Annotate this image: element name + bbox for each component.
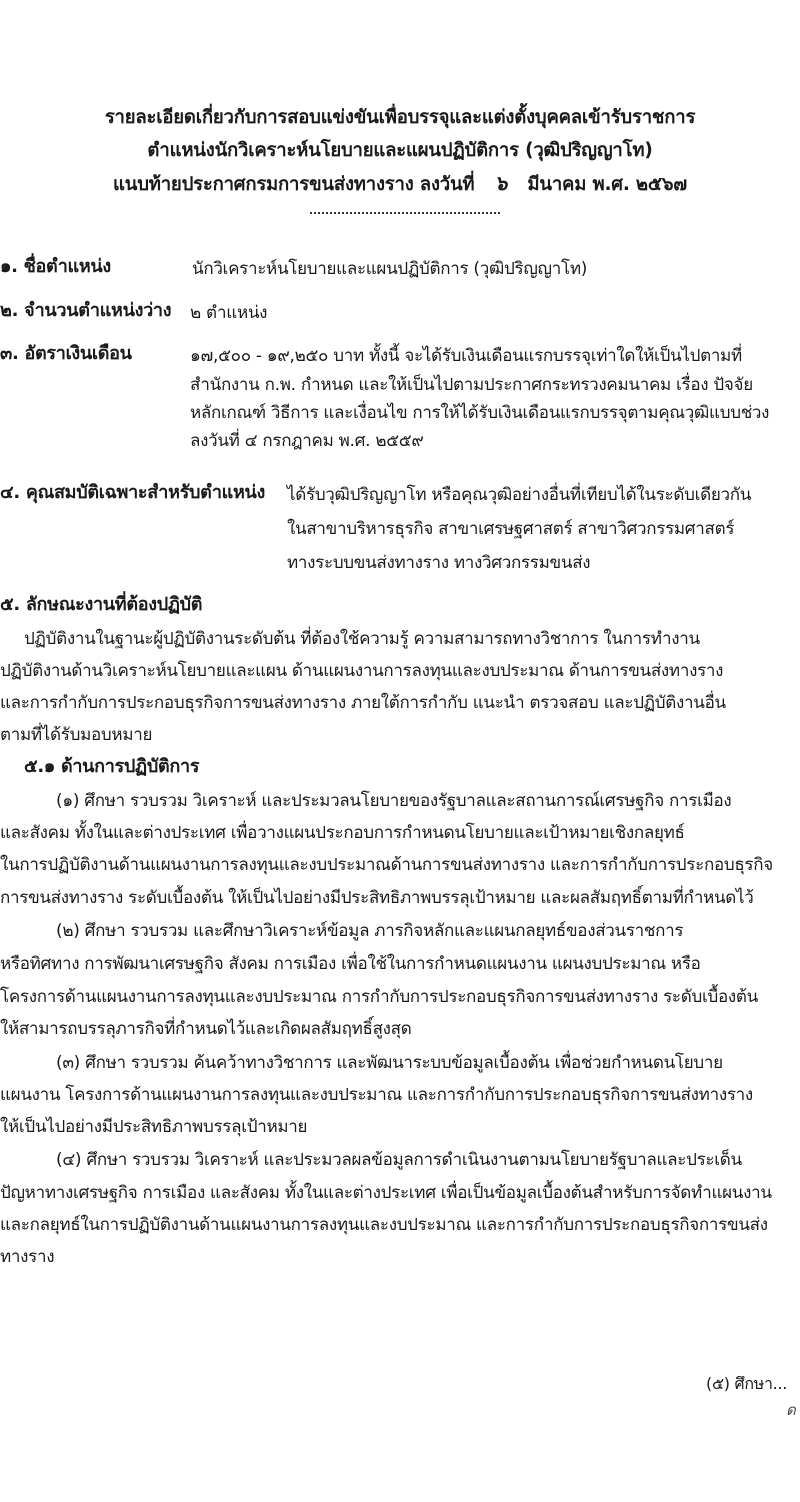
continuation-marker: (๕) ศึกษา... (706, 1372, 787, 1396)
document-title-line-3: แนบท้ายประกาศกรมการขนส่งทางราง ลงวันที่ … (0, 171, 800, 197)
point-4-line-4: ทางราง (0, 1245, 54, 1269)
item-4-label: ๔. คุณสมบัติเฉพาะสำหรับตำแหน่ง (0, 481, 265, 505)
point-2-line-4: ให้สามารถบรรลุภารกิจที่กำหนดไว้และเกิดผล… (0, 1017, 412, 1041)
item-3-line-2: สำนักงาน ก.พ. กำหนด และให้เป็นไปตามประกา… (190, 373, 753, 397)
point-1-line-3: ในการปฏิบัติงานด้านแผนงานการลงทุนและงบปร… (0, 853, 773, 877)
item-3-line-3: หลักเกณฑ์ วิธีการ และเงื่อนไข การให้ได้ร… (190, 401, 769, 425)
point-4-line-1: (๔) ศึกษา รวบรวม วิเคราะห์ และประมวลผลข้… (56, 1148, 742, 1172)
section-5-heading: ๕. ลักษณะงานที่ต้องปฏิบัติ (0, 593, 202, 617)
point-3-line-1: (๓) ศึกษา รวบรวม ค้นคว้าทางวิชาการ และพั… (56, 1051, 723, 1075)
point-3-line-2: แผนงาน โครงการด้านแผนงานการลงทุนและงบประ… (0, 1083, 753, 1107)
document-title-line-2: ตำแหน่งนักวิเคราะห์นโยบายและแผนปฏิบัติกา… (0, 139, 800, 163)
announcement-day-handwritten: ๖ (495, 171, 508, 195)
item-4-line-1: ได้รับวุฒิปริญญาโท หรือคุณวุฒิอย่างอื่นท… (287, 483, 751, 507)
section-5-intro-line-4: ตามที่ได้รับมอบหมาย (0, 723, 152, 747)
item-4-line-2: ในสาขาบริหารธุรกิจ สาขาเศรษฐศาสตร์ สาขาว… (287, 517, 734, 541)
section-5-1-heading: ๕.๑ ด้านการปฏิบัติการ (24, 755, 199, 779)
point-4-line-2: ปัญหาทางเศรษฐกิจ การเมือง และสังคม ทั้งใ… (0, 1181, 772, 1205)
item-1-value: นักวิเคราะห์นโยบายและแผนปฏิบัติการ (วุฒิ… (192, 257, 587, 281)
section-5-intro-line-2: ปฏิบัติงานด้านวิเคราะห์นโยบายและแผน ด้าน… (0, 659, 723, 683)
item-3-label: ๓. อัตราเงินเดือน (0, 342, 132, 366)
dotted-separator (310, 206, 500, 214)
item-3-line-4: ลงวันที่ ๔ กรกฎาคม พ.ศ. ๒๕๕๙ (190, 429, 424, 453)
announcement-month-year: มีนาคม พ.ศ. ๒๕๖๗ (527, 174, 687, 195)
point-4-line-3: และกลยุทธ์ในการปฏิบัติงานด้านแผนงานการลง… (0, 1213, 768, 1237)
item-4-line-3: ทางระบบขนส่งทางราง ทางวิศวกรรมขนส่ง (287, 551, 590, 575)
point-1-line-4: การขนส่งทางราง ระดับเบื้องต้น ให้เป็นไปอ… (0, 886, 754, 910)
point-1-line-2: และสังคม ทั้งในและต่างประเทศ เพื่อวางแผน… (0, 821, 685, 845)
section-5-intro-line-1: ปฏิบัติงานในฐานะผู้ปฏิบัติงานระดับต้น ที… (24, 627, 700, 651)
item-2-label: ๒. จำนวนตำแหน่งว่าง (0, 299, 171, 323)
point-2-line-2: หรือทิศทาง การพัฒนาเศรษฐกิจ สังคม การเมื… (0, 952, 701, 976)
point-2-line-1: (๒) ศึกษา รวบรวม และศึกษาวิเคราะห์ข้อมูล… (56, 919, 683, 943)
document-title-line-1: รายละเอียดเกี่ยวกับการสอบแข่งขันเพื่อบรร… (0, 106, 800, 130)
section-5-intro-line-3: และการกำกับการประกอบธุรกิจการขนส่งทางราง… (0, 691, 726, 715)
point-2-line-3: โครงการด้านแผนงานการลงทุนและงบประมาณ การ… (0, 985, 758, 1009)
initial-mark: ด (786, 1398, 796, 1422)
item-3-line-1: ๑๗,๕๐๐ - ๑๙,๒๕๐ บาท ทั้งนี้ จะได้รับเงิน… (190, 344, 742, 368)
item-1-label: ๑. ชื่อตำแหน่ง (0, 255, 111, 279)
item-2-value: ๒ ตำแหน่ง (190, 301, 267, 325)
point-3-line-3: ให้เป็นไปอย่างมีประสิทธิภาพบรรลุเป้าหมาย (0, 1115, 307, 1139)
point-1-line-1: (๑) ศึกษา รวบรวม วิเคราะห์ และประมวลนโยบ… (56, 789, 731, 813)
announcement-reference: แนบท้ายประกาศกรมการขนส่งทางราง ลงวันที่ (113, 174, 474, 195)
